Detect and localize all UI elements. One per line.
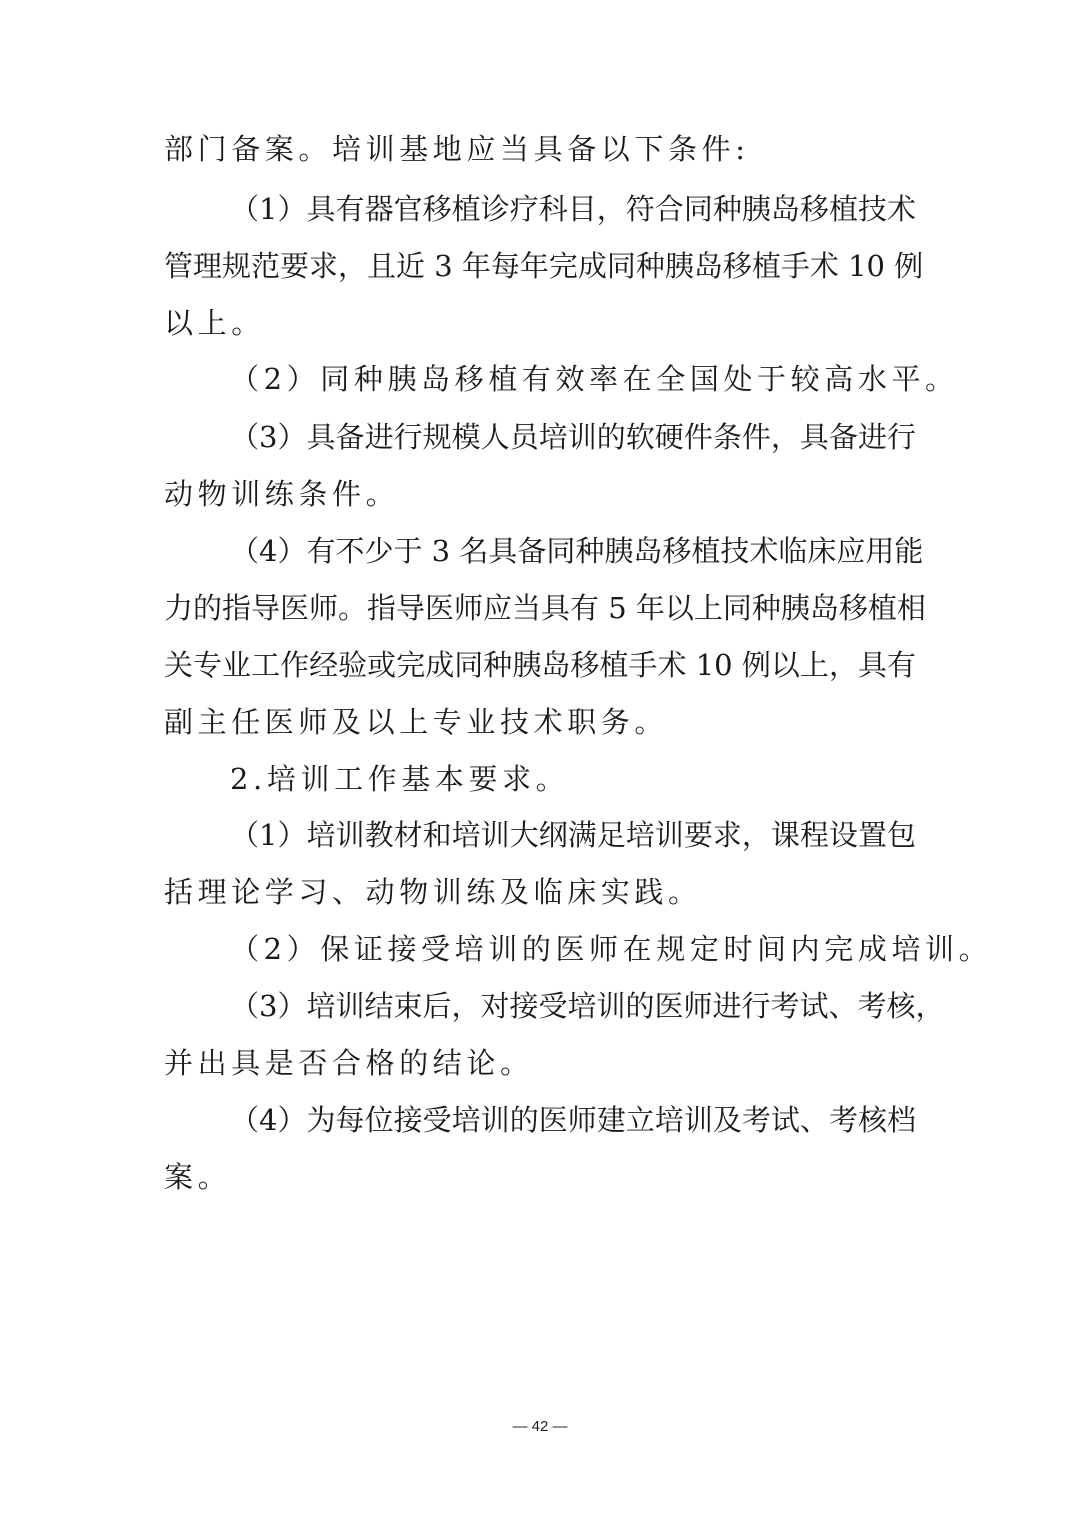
text-line: 案。: [164, 1159, 916, 1195]
text-line: （1）培训教材和培训大纲满足培训要求，课程设置包: [230, 817, 916, 853]
text-line: 动物训练条件。: [164, 476, 916, 512]
document-page: 部门备案。培训基地应当具备以下条件:（1）具有器官移植诊疗科目，符合同种胰岛移植…: [0, 0, 1080, 1526]
text-line: （4）为每位接受培训的医师建立培训及考试、考核档: [230, 1102, 916, 1138]
text-line: （2）保证接受培训的医师在规定时间内完成培训。: [230, 931, 916, 967]
text-line: 副主任医师及以上专业技术职务。: [164, 704, 916, 740]
page-number: — 42 —: [0, 1418, 1080, 1435]
text-line: （2）同种胰岛移植有效率在全国处于较高水平。: [230, 361, 916, 397]
text-line: 部门备案。培训基地应当具备以下条件:: [164, 131, 916, 167]
text-line: 关专业工作经验或完成同种胰岛移植手术 10 例以上，具有: [164, 647, 916, 683]
text-line: 以上。: [164, 305, 916, 341]
text-line: （4）有不少于 3 名具备同种胰岛移植技术临床应用能: [230, 533, 916, 569]
text-line: 2.培训工作基本要求。: [230, 761, 916, 797]
text-line: （3）培训结束后，对接受培训的医师进行考试、考核，: [230, 988, 916, 1024]
text-line: （3）具备进行规模人员培训的软硬件条件，具备进行: [230, 419, 916, 455]
text-line: 管理规范要求，且近 3 年每年完成同种胰岛移植手术 10 例: [164, 248, 916, 284]
text-line: 括理论学习、动物训练及临床实践。: [164, 874, 916, 910]
text-line: 力的指导医师。指导医师应当具有 5 年以上同种胰岛移植相: [164, 590, 916, 626]
text-line: 并出具是否合格的结论。: [164, 1045, 916, 1081]
text-line: （1）具有器官移植诊疗科目，符合同种胰岛移植技术: [230, 191, 916, 227]
